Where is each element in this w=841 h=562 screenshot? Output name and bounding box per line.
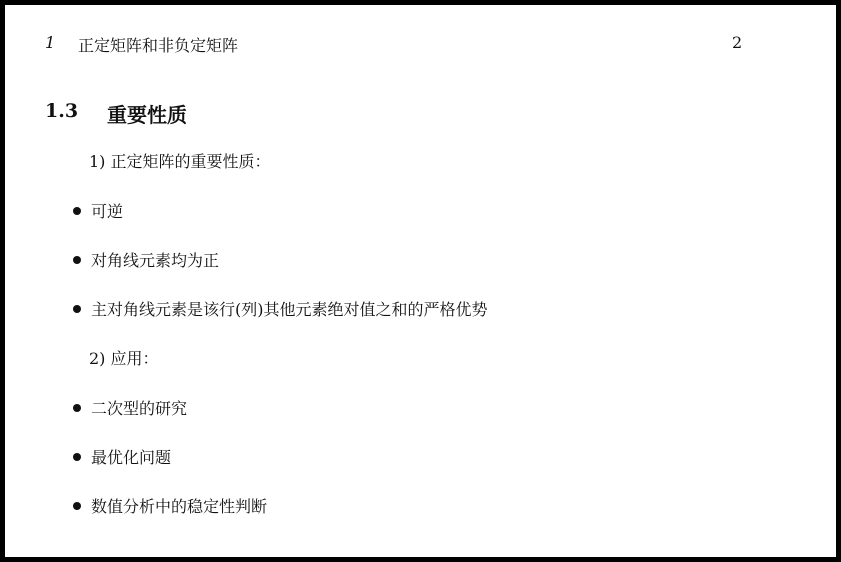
running-header-chapter-number: 1	[45, 33, 55, 52]
bullet-icon	[73, 256, 81, 264]
paragraph-positive-definite-properties: 1) 正定矩阵的重要性质：	[89, 149, 271, 172]
paragraph-applications: 2) 应用：	[89, 346, 159, 369]
bullet-icon	[73, 453, 81, 461]
bullet-icon	[73, 207, 81, 215]
section-title: 重要性质	[107, 99, 187, 128]
list-item: 数值分析中的稳定性判断	[73, 494, 267, 517]
page-number: 2	[732, 33, 742, 52]
bullet-icon	[73, 404, 81, 412]
list-item: 最优化问题	[73, 445, 171, 468]
list-item: 可逆	[73, 199, 123, 222]
list-item: 二次型的研究	[73, 396, 187, 419]
section-number: 1.3	[45, 100, 78, 122]
list-item: 主对角线元素是该行(列)其他元素绝对值之和的严格优势	[73, 297, 488, 320]
document-page: 1 正定矩阵和非负定矩阵 2 1.3 重要性质 1) 正定矩阵的重要性质： 可逆…	[5, 5, 836, 557]
running-header-chapter-title: 正定矩阵和非负定矩阵	[78, 33, 238, 56]
list-item: 对角线元素均为正	[73, 248, 219, 271]
bullet-icon	[73, 502, 81, 510]
bullet-icon	[73, 305, 81, 313]
